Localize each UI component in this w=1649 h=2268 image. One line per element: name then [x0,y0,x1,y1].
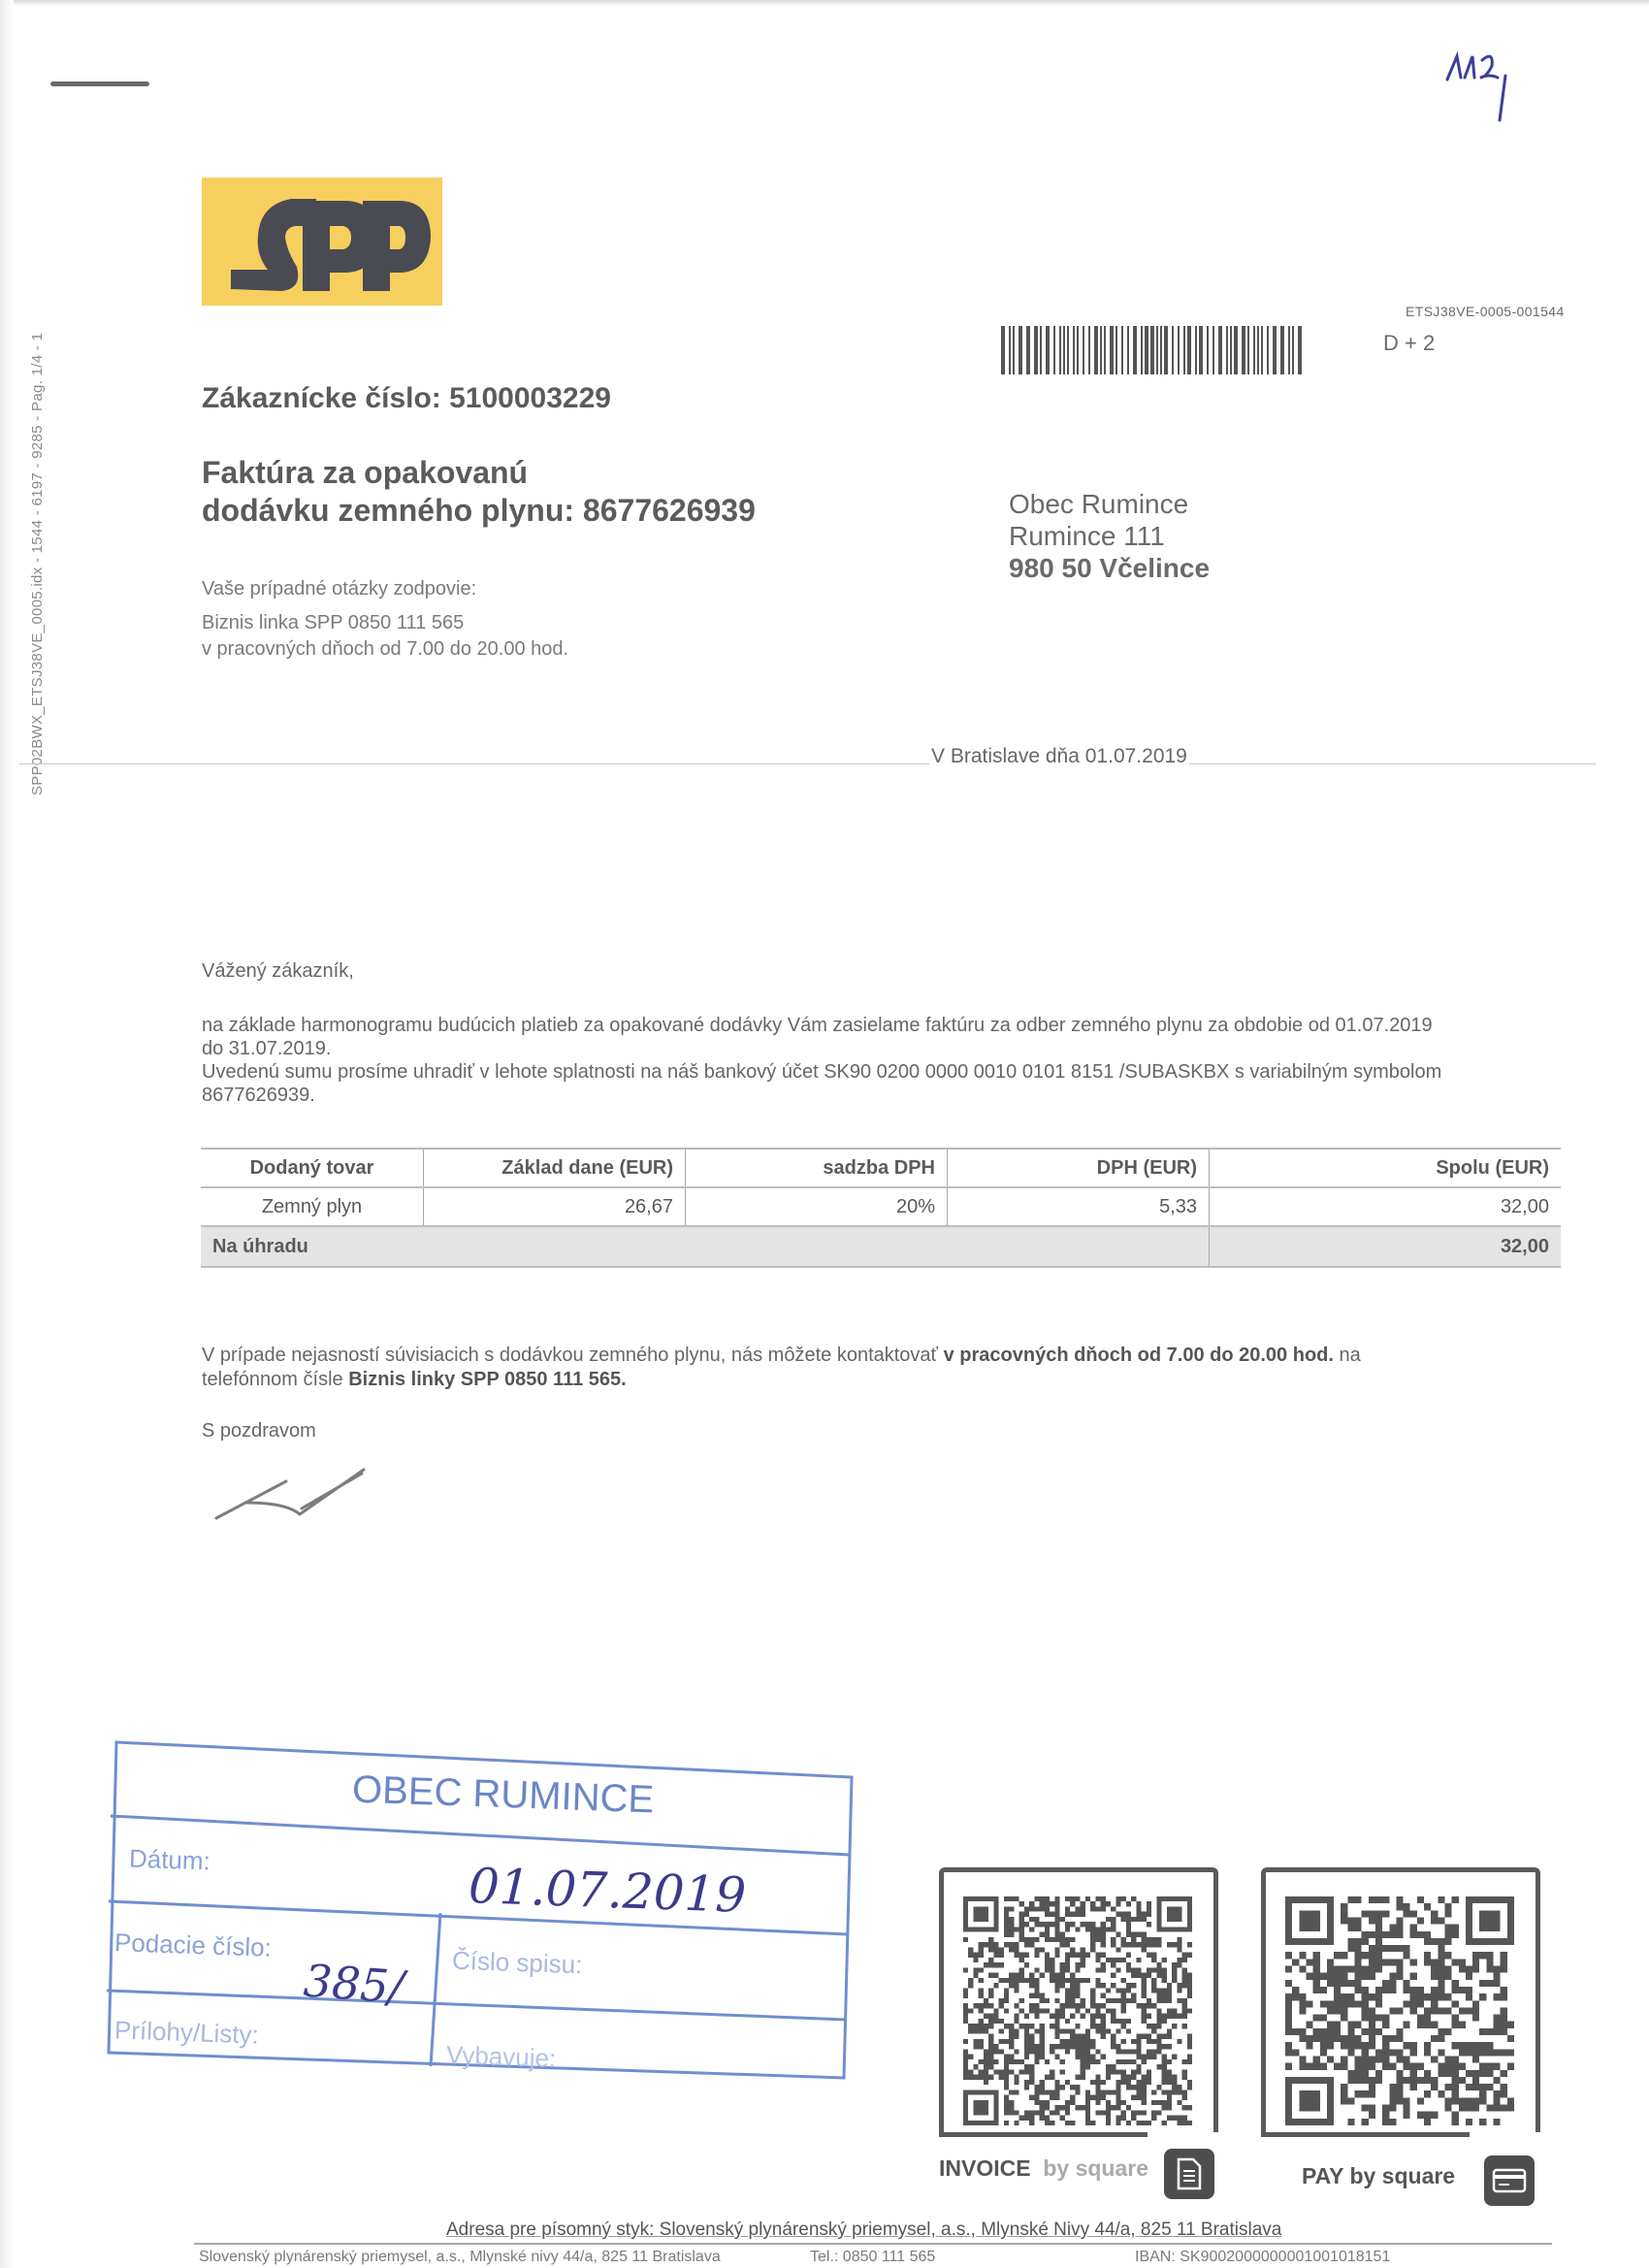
closing: S pozdravom [202,1420,316,1442]
column-header: Spolu (EUR) [1210,1149,1562,1187]
table-header-row: Dodaný tovar Základ dane (EUR) sadzba DP… [201,1149,1561,1187]
invoice-title-line1: Faktúra za opakovanú [202,454,756,492]
invoice-by-square-label: INVOICE by square [939,2155,1148,2182]
recipient-street: Rumince 111 [1009,520,1210,552]
signature [199,1460,373,1528]
pay-qr-block [1261,1867,1542,2139]
table-cell: 26,67 [424,1187,686,1226]
table-row: Zemný plyn 26,67 20% 5,33 32,00 [201,1187,1561,1226]
pay-qr-code [1285,1896,1514,2125]
contact-paragraph: V prípade nejasností súvisiacich s dodáv… [202,1344,1579,1392]
table-cell: Zemný plyn [201,1187,424,1226]
contact-text: V prípade nejasností súvisiacich s dodáv… [202,1345,944,1366]
barcode [1001,326,1304,374]
staple-mark [50,81,149,86]
table-cell: 32,00 [1210,1187,1562,1226]
invoice-label: INVOICE [939,2155,1031,2181]
support-label: Vaše prípadné otázky zodpovie: [202,576,568,602]
invoice-table: Dodaný tovar Základ dane (EUR) sadzba DP… [201,1148,1561,1268]
document-code: ETSJ38VE-0005-001544 [1406,304,1565,319]
document-icon [1164,2149,1214,2199]
page-edge [0,0,1649,6]
footer-phone: Tel.: 0850 111 565 [810,2249,935,2266]
stamp-file-label: Číslo spisu: [452,1946,583,1981]
support-info: Vaše prípadné otázky zodpovie: Biznis li… [202,576,568,663]
stamp-date-value: 01.07.2019 [468,1858,747,1924]
spp-logo [202,178,442,306]
invoice-qr-block [939,1867,1220,2139]
pay-by-square-label: PAY by square [1302,2163,1455,2189]
stamp-filing-label: Podacie číslo: [114,1928,273,1963]
divider [19,763,1596,764]
invoice-title-line2: dodávku zemného plynu: 8677626939 [202,492,756,530]
support-hotline: Biznis linka SPP 0850 111 565 [202,610,568,636]
table-total-row: Na úhradu 32,00 [201,1226,1561,1267]
recipient-name: Obec Rumince [1009,488,1210,520]
stamp-attachments-label: Prílohy/Listy: [114,2015,260,2050]
delivery-code: D + 2 [1383,331,1435,356]
invoice-title: Faktúra za opakovanú dodávku zemného ply… [202,454,756,530]
body-line: Uvedenú sumu prosíme uhradiť v lehote sp… [202,1060,1579,1084]
table-cell: 5,33 [948,1187,1210,1226]
footer-divider [194,2243,1552,2245]
registry-stamp: OBEC RUMINCE Dátum: 01.07.2019 Podacie č… [95,1736,861,2124]
column-header: Základ dane (EUR) [424,1149,686,1187]
contact-hotline: Biznis linky SPP 0850 111 565. [348,1369,627,1390]
qr-frame [1261,2132,1470,2137]
contact-text: telefónnom čísle [202,1369,348,1390]
document-index-code: SPP02BWX_ETSJ38VE_0005.idx - 1544 - 6197… [29,333,46,795]
handwritten-page-number [1436,39,1571,136]
column-header: DPH (EUR) [948,1149,1210,1187]
body-line: na základe harmonogramu budúcich platieb… [202,1014,1579,1037]
stamp-filing-value: 385/ [302,1954,405,2013]
letter-body: na základe harmonogramu budúcich platieb… [202,1014,1579,1107]
issue-date: V Bratislave dňa 01.07.2019 [929,745,1189,768]
qr-frame [939,2132,1148,2137]
support-hours: v pracovných dňoch od 7.00 do 20.00 hod. [202,636,568,663]
customer-number: Zákaznícke číslo: 5100003229 [202,382,611,415]
invoice-qr-code [963,1896,1192,2125]
total-value: 32,00 [1210,1226,1562,1267]
recipient-address: Obec Rumince Rumince 111 980 50 Včelince [1009,488,1210,584]
stamp-handler-label: Vybavuje: [445,2040,556,2074]
column-header: Dodaný tovar [201,1149,424,1187]
column-header: sadzba DPH [686,1149,948,1187]
by-square-label: by square [1043,2155,1148,2181]
body-line: do 31.07.2019. [202,1037,1579,1060]
card-icon [1484,2155,1535,2206]
stamp-date-label: Dátum: [128,1844,210,1877]
greeting: Vážený zákazník, [202,960,354,983]
footer-iban: IBAN: SK9002000000001001018151 [1135,2249,1390,2266]
recipient-city: 980 50 Včelince [1009,552,1210,584]
correspondence-address: Adresa pre písomný styk: Slovenský plyná… [446,2219,1281,2241]
contact-text: na [1334,1345,1361,1366]
total-label: Na úhradu [201,1226,1210,1267]
page-edge-left [0,0,14,2268]
table-cell: 20% [686,1187,948,1226]
footer-company: Slovenský plynárenský priemysel, a.s., M… [199,2249,721,2266]
contact-hours: v pracovných dňoch od 7.00 do 20.00 hod. [944,1345,1334,1366]
body-line: 8677626939. [202,1084,1579,1107]
